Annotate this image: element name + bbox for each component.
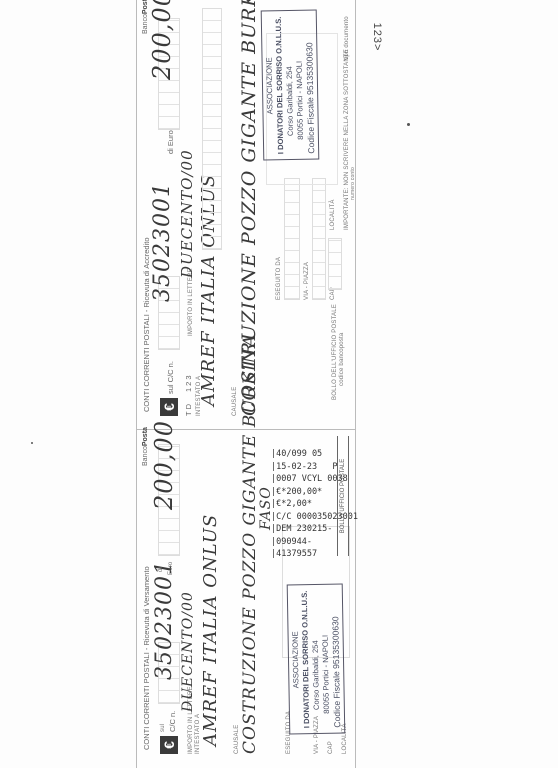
stamp-tax-code: Codice Fiscale 95135300630 xyxy=(304,16,316,154)
account-number: 35023001 xyxy=(150,182,175,302)
stamp-tax-code: Codice Fiscale 95135300630 xyxy=(330,590,342,728)
euro-logo-icon: € xyxy=(160,736,178,754)
receipt-header: CONTI CORRENTI POSTALI - Ricevuta di Ver… xyxy=(142,566,151,750)
via-label: VIA - PIAZZA xyxy=(304,262,310,300)
bancoposta-logo: BancoPosta xyxy=(142,0,149,34)
brand-prefix: Banco xyxy=(142,14,149,34)
di-label: di xyxy=(158,567,164,572)
localita-label: LOCALITÀ xyxy=(330,199,336,230)
td-value: 123 xyxy=(184,373,193,392)
euro-logo-icon: € xyxy=(160,398,178,416)
important-label: IMPORTANTE: NON SCRIVERE NELLA ZONA SOTT… xyxy=(344,49,350,230)
receipt-accredito: CONTI CORRENTI POSTALI - Ricevuta di Acc… xyxy=(136,0,356,430)
euro-label: Euro xyxy=(168,562,174,575)
account-label-cc: C/C n. xyxy=(168,711,177,732)
amount-words-label: IMPORTO IN LETTERE xyxy=(188,268,194,336)
cap-label: CAP xyxy=(328,741,334,754)
brand-suffix: Posta xyxy=(142,427,149,446)
bollo-sub: codice bancoposta xyxy=(339,333,345,386)
account-label: sul C/C n. xyxy=(166,361,175,394)
payee-name: AMREF ITALIA ONLUS xyxy=(200,514,221,746)
tipo-doc-label: tipo documento xyxy=(344,16,350,60)
cap-grid xyxy=(328,238,342,290)
brand-suffix: Posta xyxy=(142,0,149,14)
association-stamp: ASSOCIAZIONE I DONATORI DEL SORRISO O.N.… xyxy=(287,584,346,735)
causale-text: COSTRUZIONE POZZO GIGANTE BURKINA FASO xyxy=(238,0,260,416)
bancoposta-logo: BancoPosta xyxy=(142,427,149,466)
payee-grid xyxy=(202,8,222,250)
account-label-sul: sul xyxy=(160,724,166,732)
brand-prefix: Banco xyxy=(142,446,149,466)
important-sub: numero conto xyxy=(350,167,356,200)
account-number: 35023001 xyxy=(152,560,177,680)
td-label: TD xyxy=(184,402,193,416)
di-euro-label: di Euro xyxy=(166,130,175,154)
amount-words: DUECENTO/00 xyxy=(180,591,196,712)
amount-words: DUECENTO/00 xyxy=(178,149,196,278)
scan-speck xyxy=(31,442,33,444)
scan-speck xyxy=(407,123,410,126)
eseguito-label: ESEGUITO DA xyxy=(276,257,282,300)
page-annotation-text: 123> xyxy=(371,23,383,52)
amount-value: 200,00 xyxy=(148,0,176,80)
amount-value: 200,00 xyxy=(150,420,178,510)
page-annotation: 123> xyxy=(367,22,387,52)
via-grid xyxy=(312,178,326,300)
association-stamp: ASSOCIAZIONE I DONATORI DEL SORRISO O.N.… xyxy=(261,10,320,161)
postal-payment-slip: CONTI CORRENTI POSTALI - Ricevuta di Ver… xyxy=(136,0,356,768)
validation-stamp: BOLLO UFFICIO POSTALE xyxy=(337,436,349,556)
bollo-label: BOLLO DELL'UFFICIO POSTALE xyxy=(332,304,338,400)
eseguito-grid xyxy=(284,178,300,300)
